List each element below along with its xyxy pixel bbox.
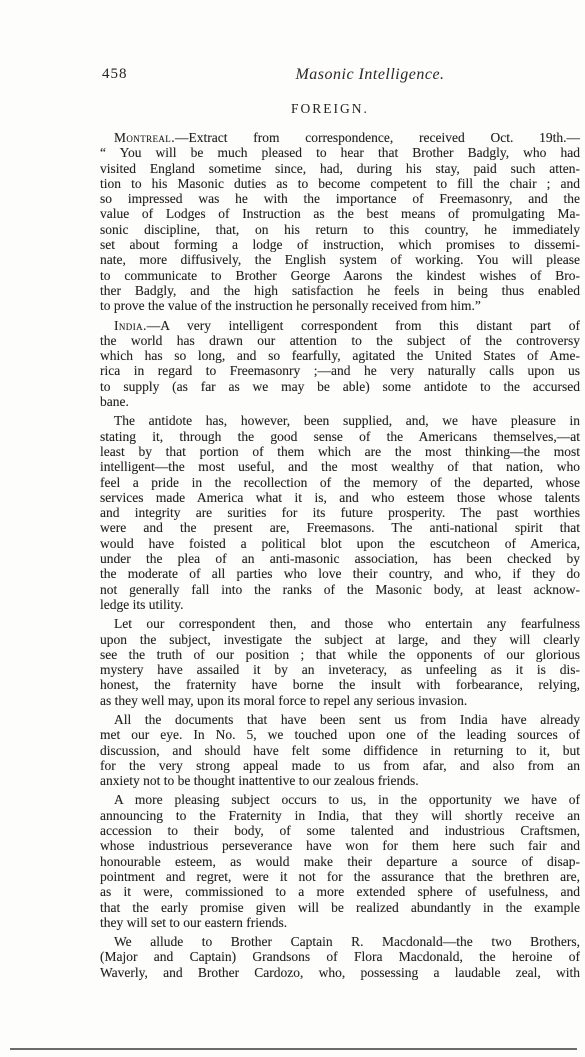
text-line: met our eye. In No. 5, we touched upon o…	[100, 727, 580, 742]
text-line: discussion, and should have felt some di…	[100, 743, 580, 758]
text-line: sonic discipline, that, on his return to…	[100, 222, 580, 237]
text-line: the moderate of all parties who love the…	[100, 566, 580, 581]
text-line: upon the subject, investigate the subjec…	[100, 632, 580, 647]
text-line: announcing to the Fraternity in India, t…	[100, 808, 580, 823]
paragraph: All the documents that have been sent us…	[100, 708, 580, 788]
text-line: rica in regard to Freemasonry ;—and he v…	[100, 363, 580, 378]
text-line: “ You will be much pleased to hear that …	[100, 145, 580, 160]
text-line: Let our correspondent then, and those wh…	[100, 616, 580, 631]
text-line: to prove the value of the instruction he…	[100, 298, 580, 313]
text-line: as it were, commissioned to a more exten…	[100, 884, 580, 899]
text-line: bane.	[100, 394, 580, 409]
text-line: honest, the fraternity have borne the in…	[100, 677, 580, 692]
document-page: 458 Masonic Intelligence. FOREIGN. Montr…	[0, 0, 585, 1057]
text-line: tion to his Masonic duties as to become …	[100, 176, 580, 191]
text-line: visited England sometime since, had, dur…	[100, 161, 580, 176]
text-line: that the early promise given will be rea…	[100, 900, 580, 915]
text-line: whose industrious perseverance have won …	[100, 838, 580, 853]
text-line: and integrity are surities for its futur…	[100, 505, 580, 520]
text-line: anxiety not to be thought inattentive to…	[100, 773, 580, 788]
scan-artifact-bottom-line	[10, 1048, 577, 1050]
section-heading: FOREIGN.	[100, 101, 560, 117]
paragraph-lead: India.	[114, 318, 147, 333]
paragraph: The antidote has, however, been supplied…	[100, 409, 580, 612]
text-line: which has so long, and so fearfully, agi…	[100, 348, 580, 363]
text-line: were and the present are, Freemasons. Th…	[100, 520, 580, 535]
text-line: under the plea of an anti-masonic associ…	[100, 551, 580, 566]
text-line: see the truth of our position ; that whi…	[100, 647, 580, 662]
text-line: accession to their body, of some talente…	[100, 823, 580, 838]
text-line: to communicate to Brother George Aarons …	[100, 268, 580, 283]
text-line: pointment and regret, were it not for th…	[100, 869, 580, 884]
paragraph: India.—A very intelligent correspondent …	[100, 314, 580, 410]
text-line: set about forming a lodge of instruction…	[100, 237, 580, 252]
text-line: feel a pride in the recollection of the …	[100, 475, 580, 490]
paragraph: A more pleasing subject occurs to us, in…	[100, 788, 580, 930]
text-line: would have foisted a political blot upon…	[100, 536, 580, 551]
text-line: All the documents that have been sent us…	[100, 712, 580, 727]
text-line: for the very strong appeal made to us fr…	[100, 758, 580, 773]
text-line: Waverly, and Brother Cardozo, who, posse…	[100, 965, 580, 980]
page-number: 458	[102, 66, 128, 83]
paragraph-lead: Montreal.	[114, 130, 175, 145]
text-line: to supply (as far as we may be able) som…	[100, 379, 580, 394]
text-line: honourable esteem, as would make their d…	[100, 854, 580, 869]
text-line: not generally fall into the ranks of the…	[100, 582, 580, 597]
text-line: ledge its utility.	[100, 597, 580, 612]
text-line: least by that portion of them which are …	[100, 444, 580, 459]
text-line: (Major and Captain) Grandsons of Flora M…	[100, 949, 580, 964]
text-line: India.—A very intelligent correspondent …	[100, 318, 580, 333]
text-line: nate, more diffusively, the English syst…	[100, 252, 580, 267]
text-line: services made America what it is, and wh…	[100, 490, 580, 505]
text-line: mystery have assailed it by an inveterac…	[100, 662, 580, 677]
running-title: Masonic Intelligence.	[100, 66, 580, 84]
text-line: The antidote has, however, been supplied…	[100, 413, 580, 428]
text-line: value of Lodges of Instruction as the be…	[100, 206, 580, 221]
text-line: stating it, through the good sense of th…	[100, 429, 580, 444]
text-line: Montreal.—Extract from correspondence, r…	[100, 130, 580, 145]
text-line: so impressed was he with the importance …	[100, 191, 580, 206]
text-line: We allude to Brother Captain R. Macdonal…	[100, 934, 580, 949]
text-line: ther Badgly, and the high satisfaction h…	[100, 283, 580, 298]
text-line: the world has drawn our attention to the…	[100, 333, 580, 348]
text-line: as they well may, upon its moral force t…	[100, 693, 580, 708]
text-line: intelligent—the most useful, and the mos…	[100, 459, 580, 474]
article-body: Montreal.—Extract from correspondence, r…	[100, 130, 580, 980]
paragraph: Let our correspondent then, and those wh…	[100, 612, 580, 708]
running-head: 458 Masonic Intelligence.	[100, 66, 580, 86]
text-line: A more pleasing subject occurs to us, in…	[100, 792, 580, 807]
paragraph: Montreal.—Extract from correspondence, r…	[100, 130, 580, 314]
paragraph: We allude to Brother Captain R. Macdonal…	[100, 930, 580, 980]
text-line: they will set to our eastern friends.	[100, 915, 580, 930]
